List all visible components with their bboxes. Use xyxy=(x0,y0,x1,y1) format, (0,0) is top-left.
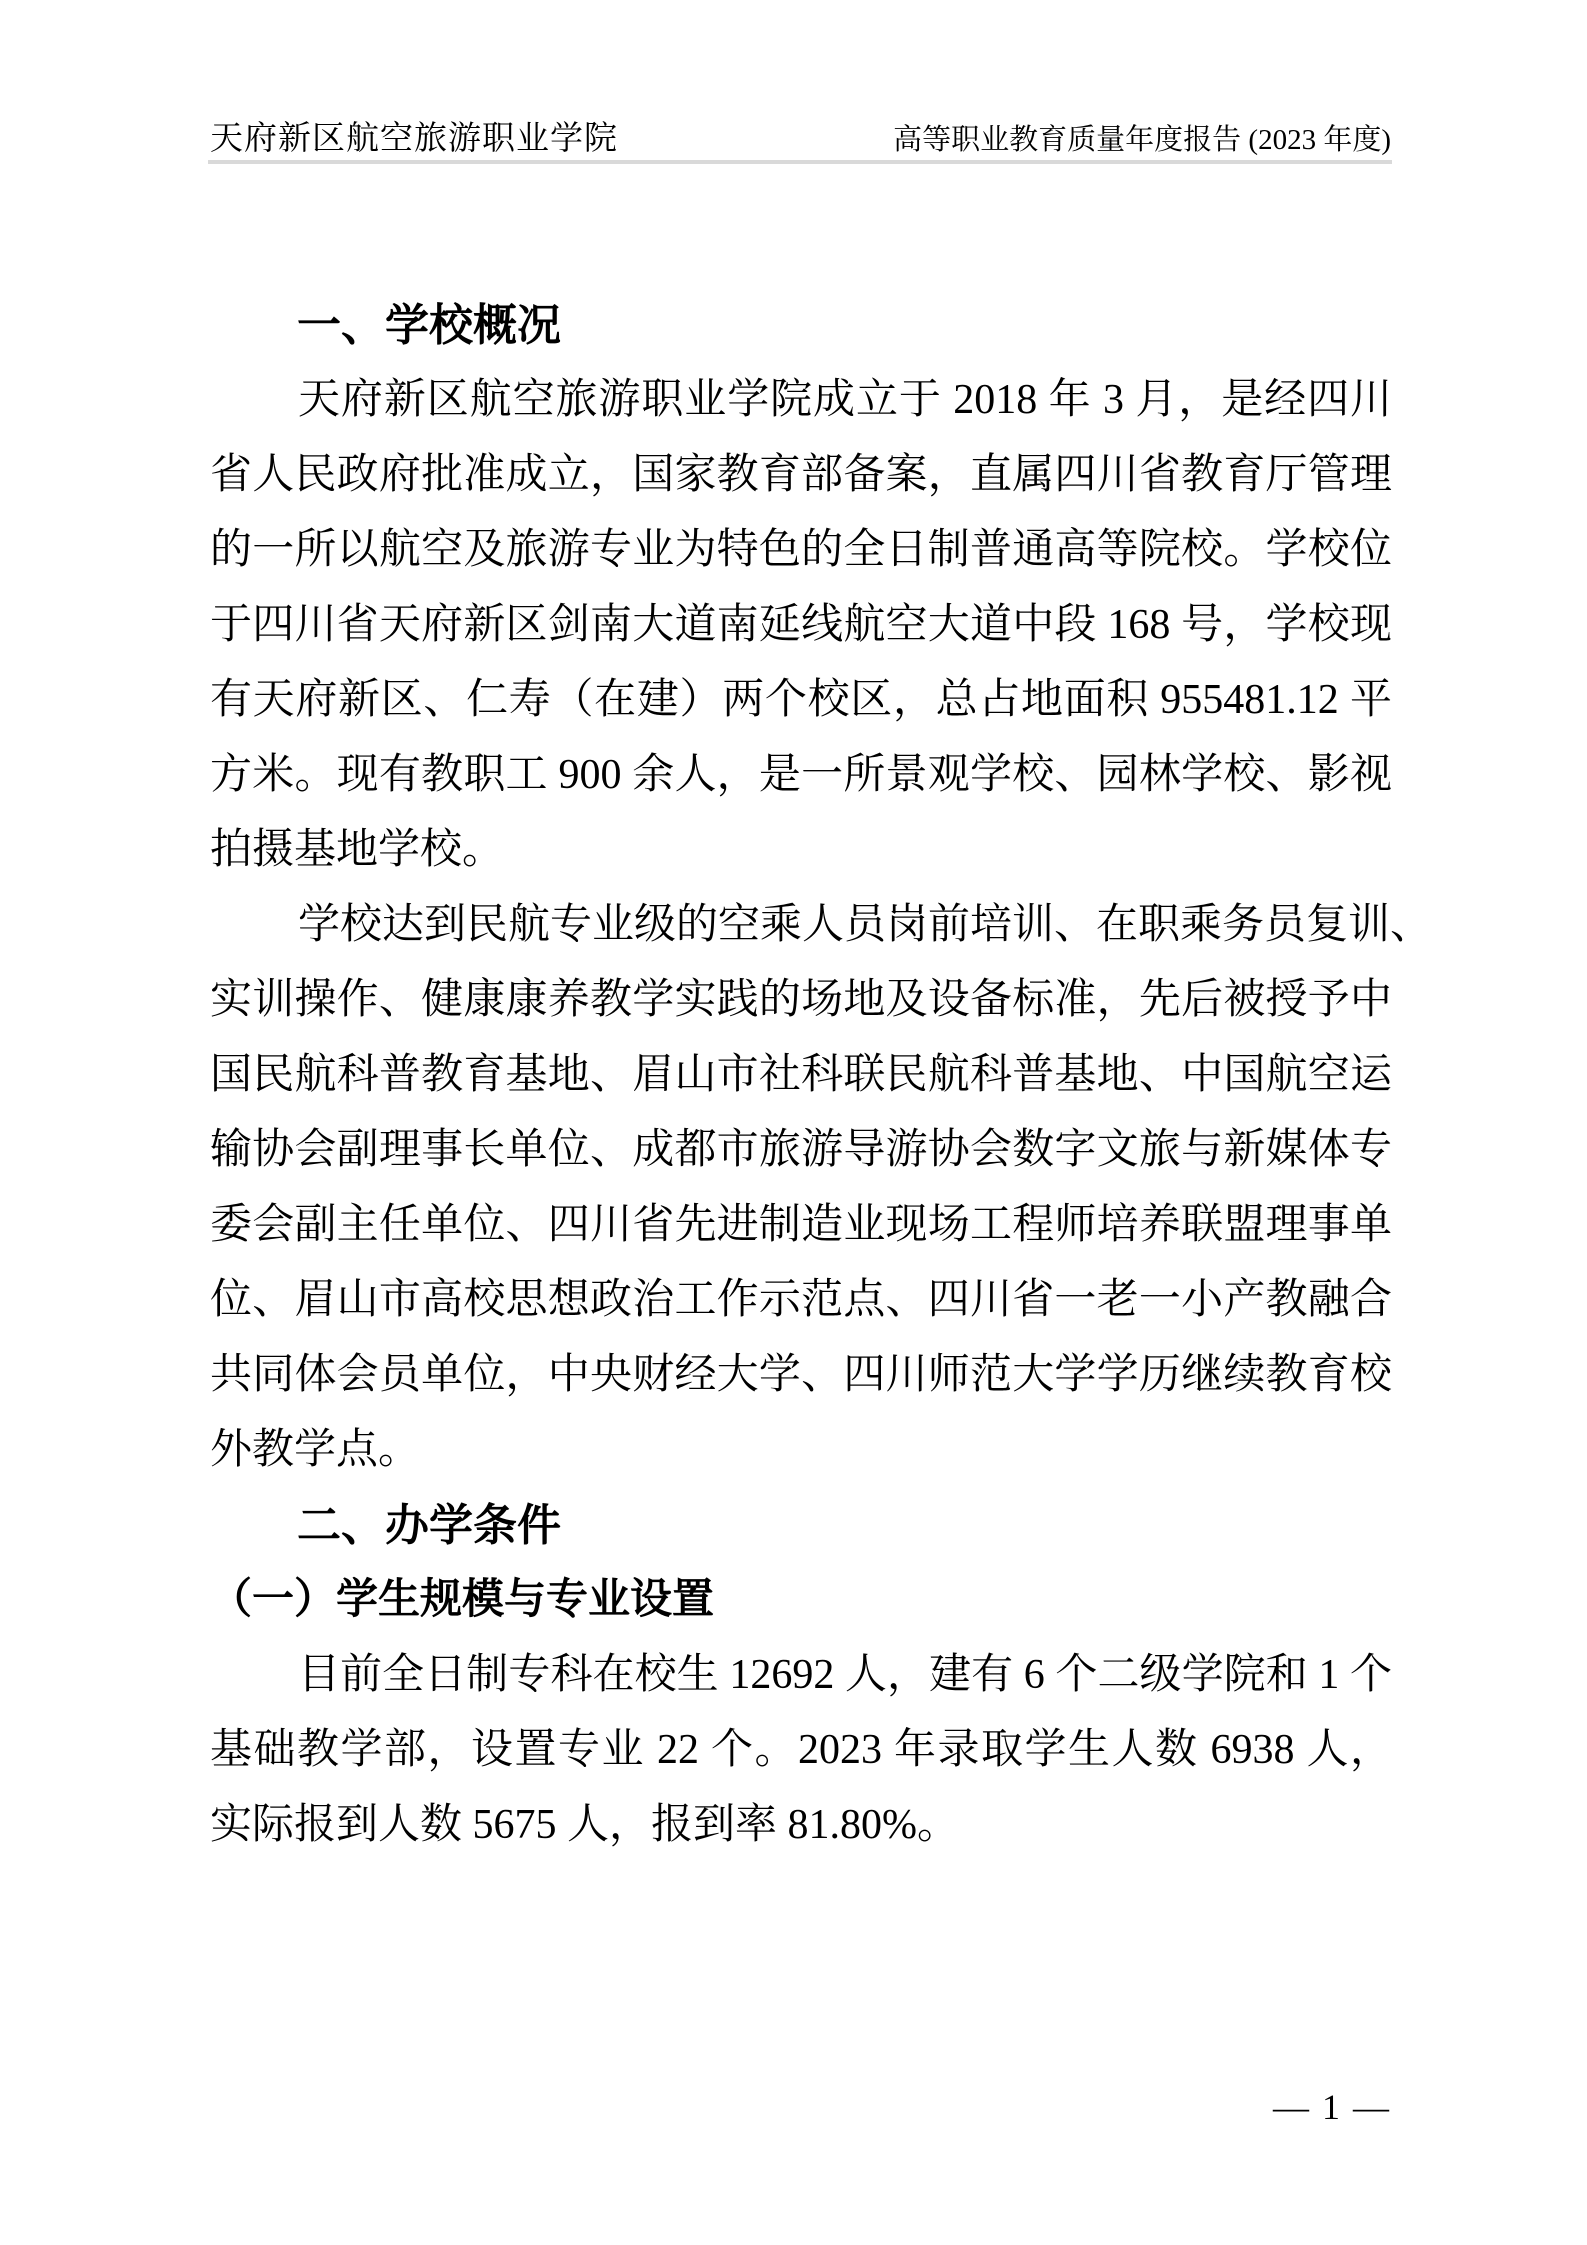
text-line: 输协会副理事长单位、成都市旅游导游协会数字文旅与新媒体专 xyxy=(210,1113,1392,1188)
section-2-paragraph-1: 目前全日制专科在校生 12692 人，建有 6 个二级学院和 1 个基础教学部，… xyxy=(210,1638,1392,1863)
text-line: 省人民政府批准成立，国家教育部备案，直属四川省教育厅管理 xyxy=(210,438,1392,513)
text-line: 的一所以航空及旅游专业为特色的全日制普通高等院校。学校位 xyxy=(210,513,1392,588)
document-page: 天府新区航空旅游职业学院 高等职业教育质量年度报告 (2023 年度) 一、学校… xyxy=(0,0,1587,2245)
text-line: 方米。现有教职工 900 余人，是一所景观学校、园林学校、影视 xyxy=(210,738,1392,813)
document-body: 一、学校概况 天府新区航空旅游职业学院成立于 2018 年 3 月，是经四川省人… xyxy=(210,288,1392,1863)
text-line: 实际报到人数 5675 人，报到率 81.80%。 xyxy=(210,1788,1392,1863)
text-line: 基础教学部，设置专业 22 个。2023 年录取学生人数 6938 人， xyxy=(210,1713,1392,1788)
section-2-subheading: （一）学生规模与专业设置 xyxy=(210,1563,1392,1638)
page-header: 天府新区航空旅游职业学院 高等职业教育质量年度报告 (2023 年度) xyxy=(210,112,1391,159)
section-1-paragraph-2: 学校达到民航专业级的空乘人员岗前培训、在职乘务员复训、实训操作、健康康养教学实践… xyxy=(210,888,1392,1488)
text-line: 国民航科普教育基地、眉山市社科联民航科普基地、中国航空运 xyxy=(210,1038,1392,1113)
text-line: 拍摄基地学校。 xyxy=(210,813,1392,888)
text-line: 共同体会员单位，中央财经大学、四川师范大学学历继续教育校 xyxy=(210,1338,1392,1413)
section-1-paragraph-1: 天府新区航空旅游职业学院成立于 2018 年 3 月，是经四川省人民政府批准成立… xyxy=(210,363,1392,888)
header-report-title: 高等职业教育质量年度报告 (2023 年度) xyxy=(893,117,1391,158)
text-line: 位、眉山市高校思想政治工作示范点、四川省一老一小产教融合 xyxy=(210,1263,1392,1338)
text-line: 天府新区航空旅游职业学院成立于 2018 年 3 月，是经四川 xyxy=(210,363,1392,438)
text-line: 外教学点。 xyxy=(210,1413,1392,1488)
header-school-name: 天府新区航空旅游职业学院 xyxy=(210,112,618,159)
text-line: 有天府新区、仁寿（在建）两个校区，总占地面积 955481.12 平 xyxy=(210,663,1392,738)
text-line: 实训操作、健康康养教学实践的场地及设备标准，先后被授予中 xyxy=(210,963,1392,1038)
text-line: 于四川省天府新区剑南大道南延线航空大道中段 168 号，学校现 xyxy=(210,588,1392,663)
section-2-heading: 二、办学条件 xyxy=(210,1488,1392,1563)
text-line: 委会副主任单位、四川省先进制造业现场工程师培养联盟理事单 xyxy=(210,1188,1392,1263)
header-divider xyxy=(208,160,1392,164)
text-line: 学校达到民航专业级的空乘人员岗前培训、在职乘务员复训、 xyxy=(210,888,1392,963)
section-1-heading: 一、学校概况 xyxy=(210,288,1392,363)
page-number: — 1 — xyxy=(1273,2086,1391,2128)
text-line: 目前全日制专科在校生 12692 人，建有 6 个二级学院和 1 个 xyxy=(210,1638,1392,1713)
